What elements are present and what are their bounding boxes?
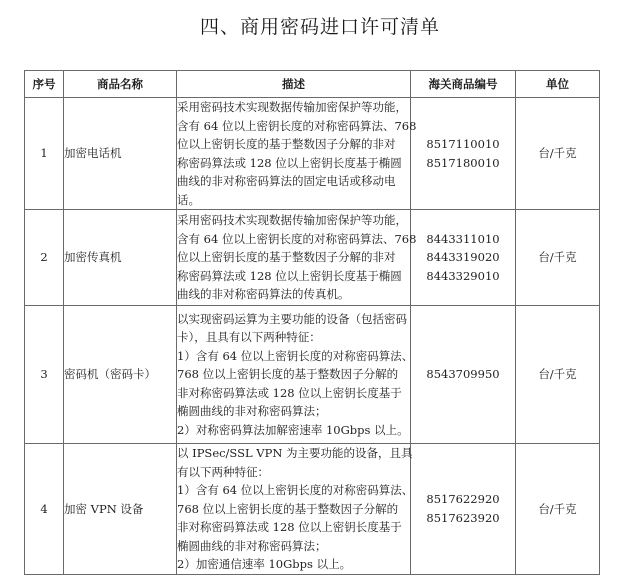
product-name: 加密传真机	[64, 210, 177, 306]
row-index: 4	[25, 444, 64, 575]
row-index: 2	[25, 210, 64, 306]
description-line: 含有 64 位以上密钥长度的对称密码算法、768	[177, 230, 410, 249]
product-name: 密码机（密码卡）	[64, 306, 177, 444]
description-line: 含有 64 位以上密钥长度的对称密码算法、768	[177, 117, 410, 136]
description-line: 768 位以上密钥长度的基于整数因子分解的	[177, 365, 410, 384]
table-row: 2 加密传真机 采用密码技术实现数据传输加密保护等功能， 含有 64 位以上密钥…	[25, 210, 600, 306]
customs-code: 8517623920	[411, 509, 515, 528]
customs-code: 8517110010	[411, 135, 515, 154]
description-line: 有以下两种特征：	[177, 463, 410, 482]
row-index: 3	[25, 306, 64, 444]
product-name: 加密 VPN 设备	[64, 444, 177, 575]
product-description: 采用密码技术实现数据传输加密保护等功能， 含有 64 位以上密钥长度的对称密码算…	[177, 98, 411, 210]
unit: 台/千克	[516, 306, 600, 444]
customs-codes: 8517622920 8517623920	[411, 444, 516, 575]
header-customs-code: 海关商品编号	[411, 71, 516, 98]
description-line: 非对称密码算法或 128 位以上密钥长度基于	[177, 518, 410, 537]
description-line: 1）含有 64 位以上密钥长度的对称密码算法、	[177, 481, 410, 500]
row-index: 1	[25, 98, 64, 210]
product-description: 采用密码技术实现数据传输加密保护等功能， 含有 64 位以上密钥长度的对称密码算…	[177, 210, 411, 306]
description-line: 位以上密钥长度的基于整数因子分解的非对	[177, 135, 410, 154]
description-line: 椭圆曲线的非对称密码算法；	[177, 537, 410, 556]
customs-code: 8543709950	[411, 365, 515, 384]
description-line: 位以上密钥长度的基于整数因子分解的非对	[177, 248, 410, 267]
description-line: 采用密码技术实现数据传输加密保护等功能，	[177, 211, 410, 230]
customs-codes: 8543709950	[411, 306, 516, 444]
description-line: 以 IPSec/SSL VPN 为主要功能的设备，且具	[177, 444, 410, 463]
description-line: 1）含有 64 位以上密钥长度的对称密码算法、	[177, 347, 410, 366]
product-description: 以实现密码运算为主要功能的设备（包括密码 卡），且具有以下两种特征： 1）含有 …	[177, 306, 411, 444]
description-line: 卡），且具有以下两种特征：	[177, 328, 410, 347]
customs-code: 8517180010	[411, 154, 515, 173]
table-row: 4 加密 VPN 设备 以 IPSec/SSL VPN 为主要功能的设备，且具 …	[25, 444, 600, 575]
table-row: 1 加密电话机 采用密码技术实现数据传输加密保护等功能， 含有 64 位以上密钥…	[25, 98, 600, 210]
customs-codes: 8517110010 8517180010	[411, 98, 516, 210]
description-line: 曲线的非对称密码算法的传真机。	[177, 285, 410, 304]
import-license-table: 序号 商品名称 描述 海关商品编号 单位 1 加密电话机 采用密码技术实现数据传…	[24, 70, 600, 575]
customs-code: 8443329010	[411, 267, 515, 286]
product-description: 以 IPSec/SSL VPN 为主要功能的设备，且具 有以下两种特征： 1）含…	[177, 444, 411, 575]
description-line: 采用密码技术实现数据传输加密保护等功能，	[177, 98, 410, 117]
header-description: 描述	[177, 71, 411, 98]
description-line: 称密码算法或 128 位以上密钥长度基于椭圆	[177, 267, 410, 286]
customs-codes: 8443311010 8443319020 8443329010	[411, 210, 516, 306]
document-title: 四、商用密码进口许可清单	[0, 12, 640, 39]
customs-code: 8517622920	[411, 490, 515, 509]
description-line: 称密码算法或 128 位以上密钥长度基于椭圆	[177, 154, 410, 173]
description-line: 以实现密码运算为主要功能的设备（包括密码	[177, 310, 410, 329]
table-header-row: 序号 商品名称 描述 海关商品编号 单位	[25, 71, 600, 98]
description-line: 曲线的非对称密码算法的固定电话或移动电	[177, 172, 410, 191]
customs-code: 8443319020	[411, 248, 515, 267]
description-line: 话。	[177, 191, 410, 210]
header-unit: 单位	[516, 71, 600, 98]
header-index: 序号	[25, 71, 64, 98]
description-line: 椭圆曲线的非对称密码算法；	[177, 402, 410, 421]
description-line: 2）对称密码算法加解密速率 10Gbps 以上。	[177, 421, 410, 440]
table-row: 3 密码机（密码卡） 以实现密码运算为主要功能的设备（包括密码 卡），且具有以下…	[25, 306, 600, 444]
unit: 台/千克	[516, 444, 600, 575]
description-line: 非对称密码算法或 128 位以上密钥长度基于	[177, 384, 410, 403]
customs-code: 8443311010	[411, 230, 515, 249]
product-name: 加密电话机	[64, 98, 177, 210]
header-product-name: 商品名称	[64, 71, 177, 98]
description-line: 768 位以上密钥长度的基于整数因子分解的	[177, 500, 410, 519]
unit: 台/千克	[516, 210, 600, 306]
description-line: 2）加密通信速率 10Gbps 以上。	[177, 555, 410, 574]
unit: 台/千克	[516, 98, 600, 210]
